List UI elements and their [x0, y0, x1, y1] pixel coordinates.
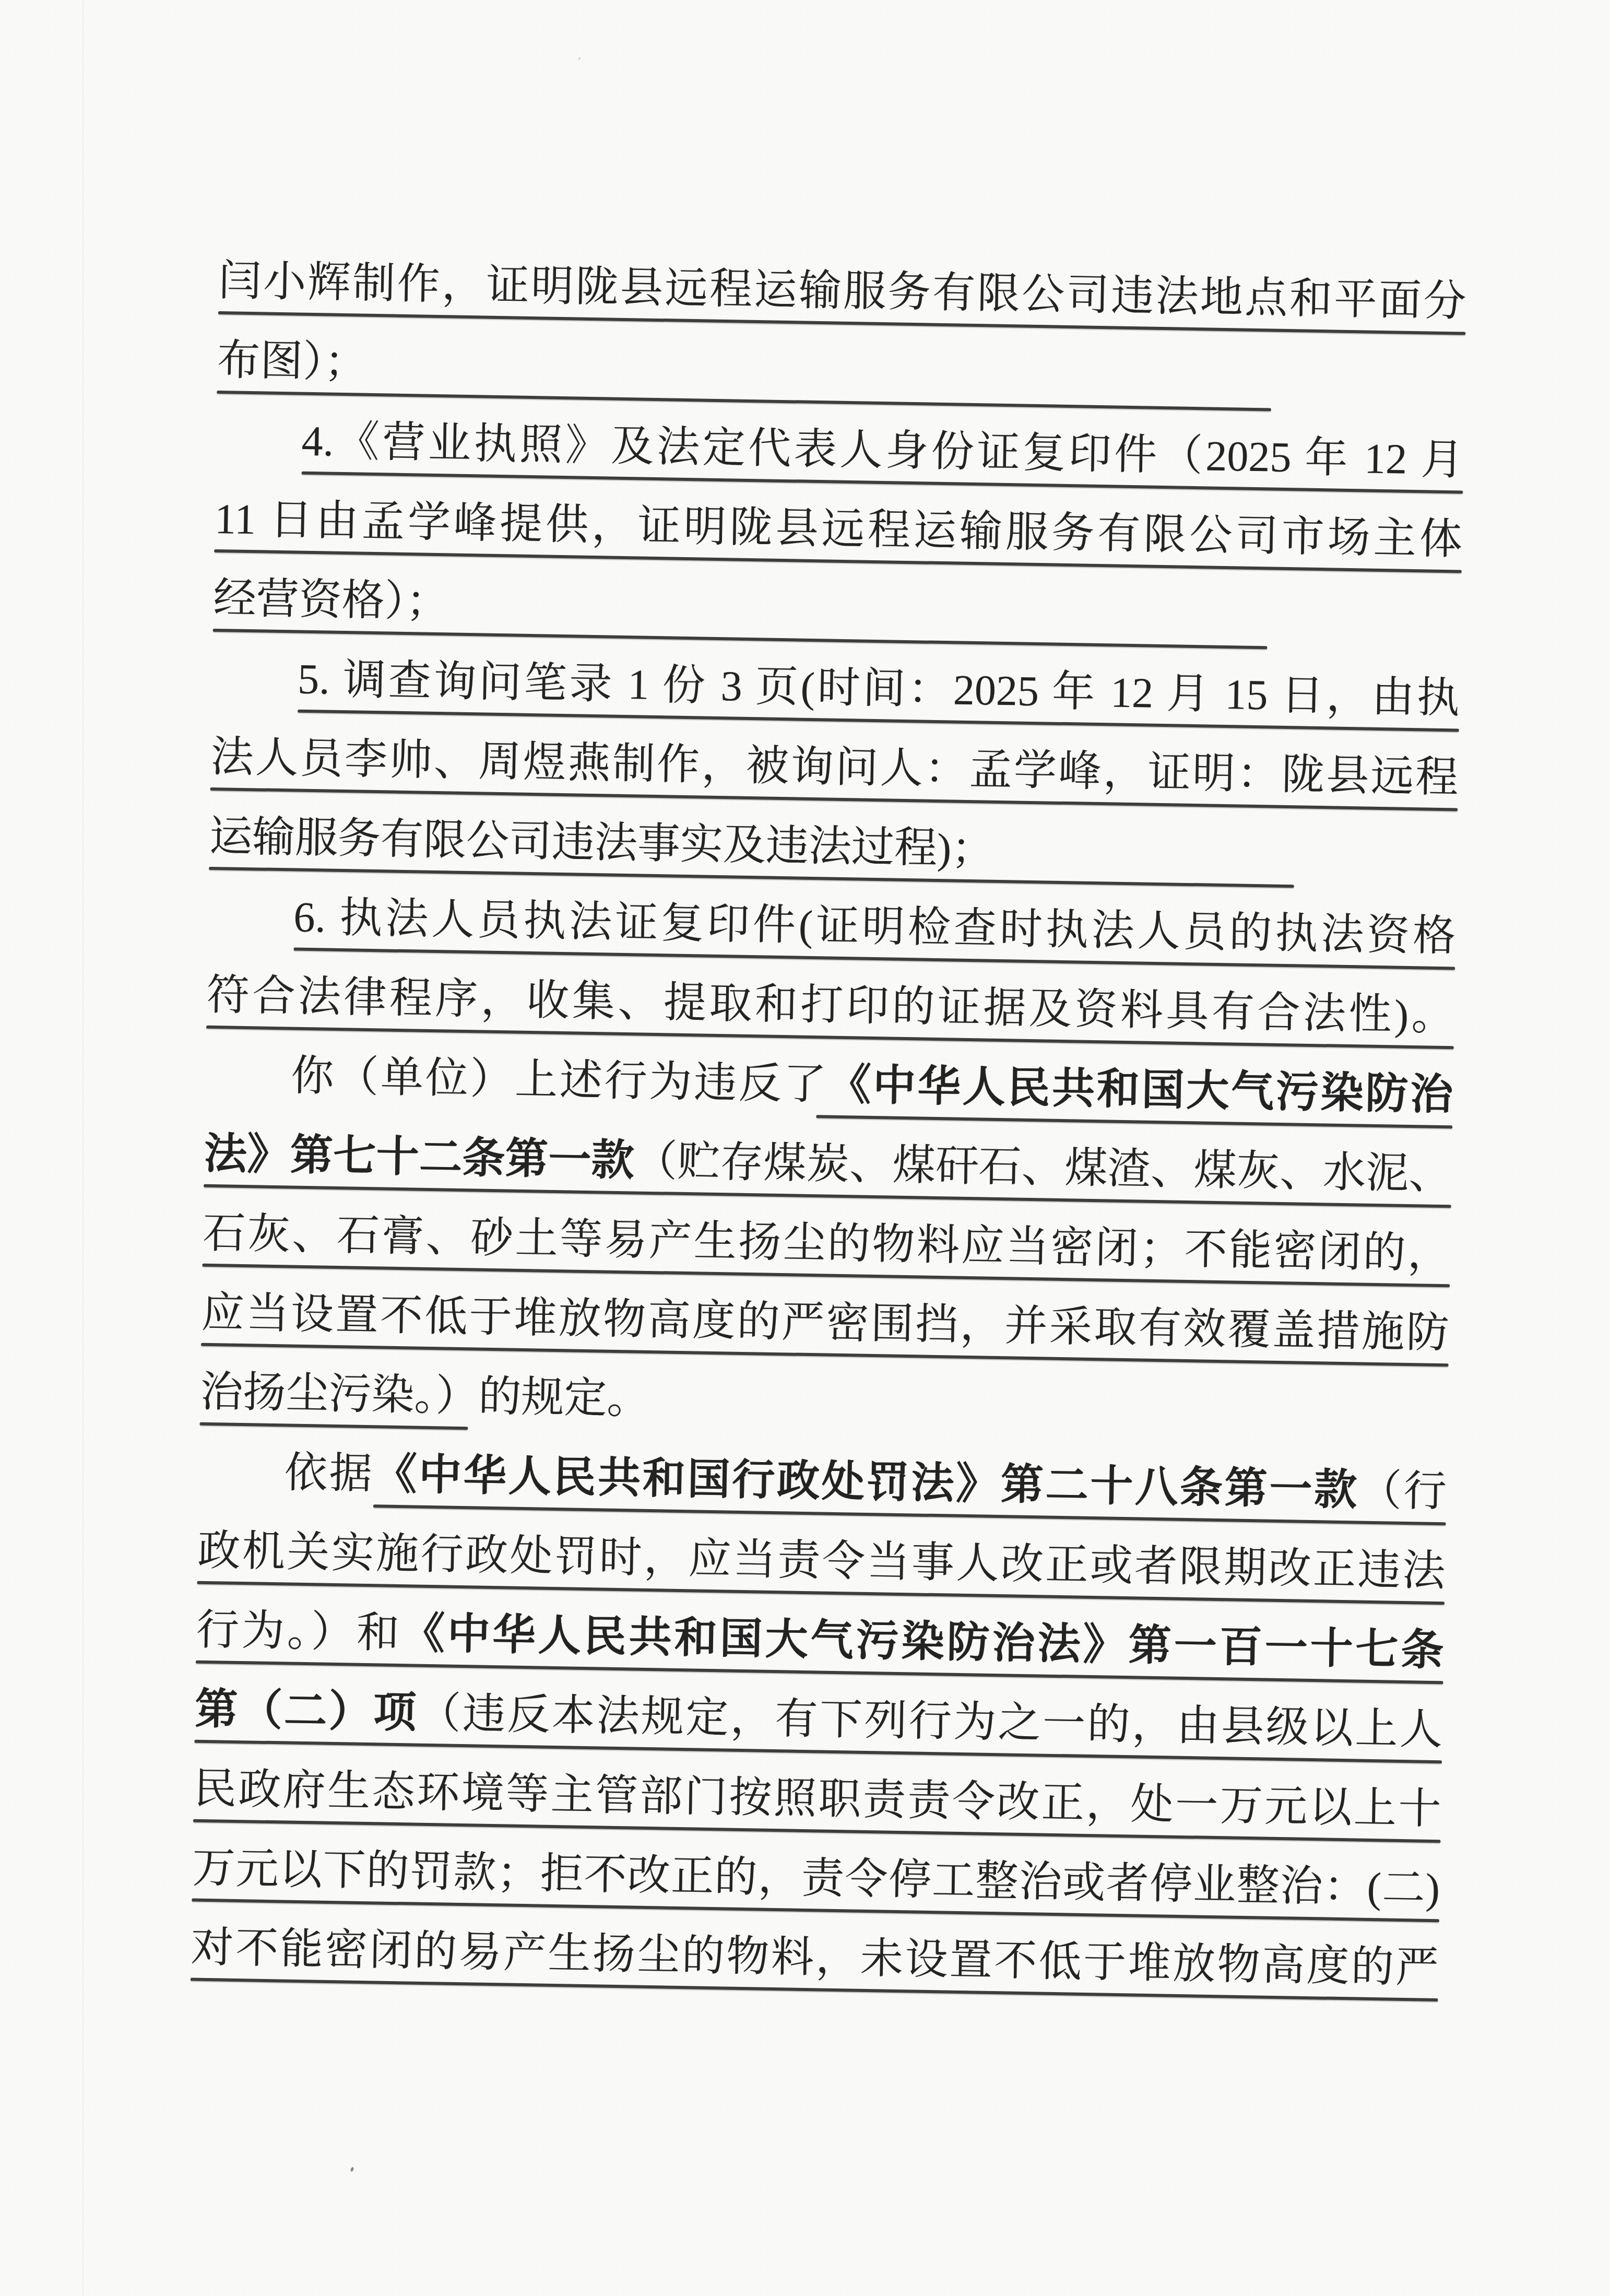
law-title-text-run: 《中华人民共和国大气污染防治法》第一百一十七条	[401, 1609, 1444, 1674]
text-run: （违反本法规定，有下列行为之一的，由县级以上人	[418, 1689, 1443, 1754]
text-run: 依据	[284, 1449, 374, 1498]
text-run: 治扬尘污染。	[200, 1368, 436, 1419]
text-run: 布图）；	[217, 336, 367, 386]
ruled-underline	[199, 1422, 468, 1430]
text-run: 你（单位）上述行为违反了	[291, 1052, 828, 1109]
scanned-document: { "page": { "kind": "scanned administrat…	[0, 0, 1610, 2296]
text-line-content: 你（单位）上述行为违反了《中华人民共和国大气污染防治	[291, 1052, 1453, 1119]
law-title-text-run: 《中华人民共和国行政处罚法》第二十八条第一款	[374, 1450, 1359, 1514]
text-lines: 闫小辉制作，证明陇县远程运输服务有限公司违法地点和平面分布图）；4.《营业执照》…	[191, 241, 1467, 2008]
scan-speck	[578, 57, 581, 60]
text-run: 行为。）和	[196, 1606, 402, 1657]
scan-fold-line	[82, 0, 84, 2296]
document-text-block: 闫小辉制作，证明陇县远程运输服务有限公司违法地点和平面分布图）；4.《营业执照》…	[191, 241, 1467, 2008]
text-line-content: 治扬尘污染。）的规定。	[200, 1368, 650, 1423]
text-run: ）的规定。	[435, 1372, 650, 1423]
law-title-text-run: 法》第七十二条第一款	[204, 1130, 635, 1185]
text-run: 运输服务有限公司违法事实及违法过程)；	[209, 813, 995, 873]
text-run: （贮存煤炭、煤矸石、煤渣、煤灰、水泥、	[634, 1137, 1452, 1198]
text-run: 经营资格）；	[213, 574, 449, 626]
law-title-text-run: 第（二）项	[195, 1686, 419, 1737]
text-line-content: 经营资格）；	[213, 574, 449, 626]
law-title-text-run: 《中华人民共和国大气污染防治	[828, 1061, 1453, 1119]
text-run: （行	[1358, 1467, 1447, 1516]
text-line-content: 运输服务有限公司违法事实及违法过程)；	[209, 813, 995, 873]
text-line-content: 布图）；	[217, 336, 367, 386]
